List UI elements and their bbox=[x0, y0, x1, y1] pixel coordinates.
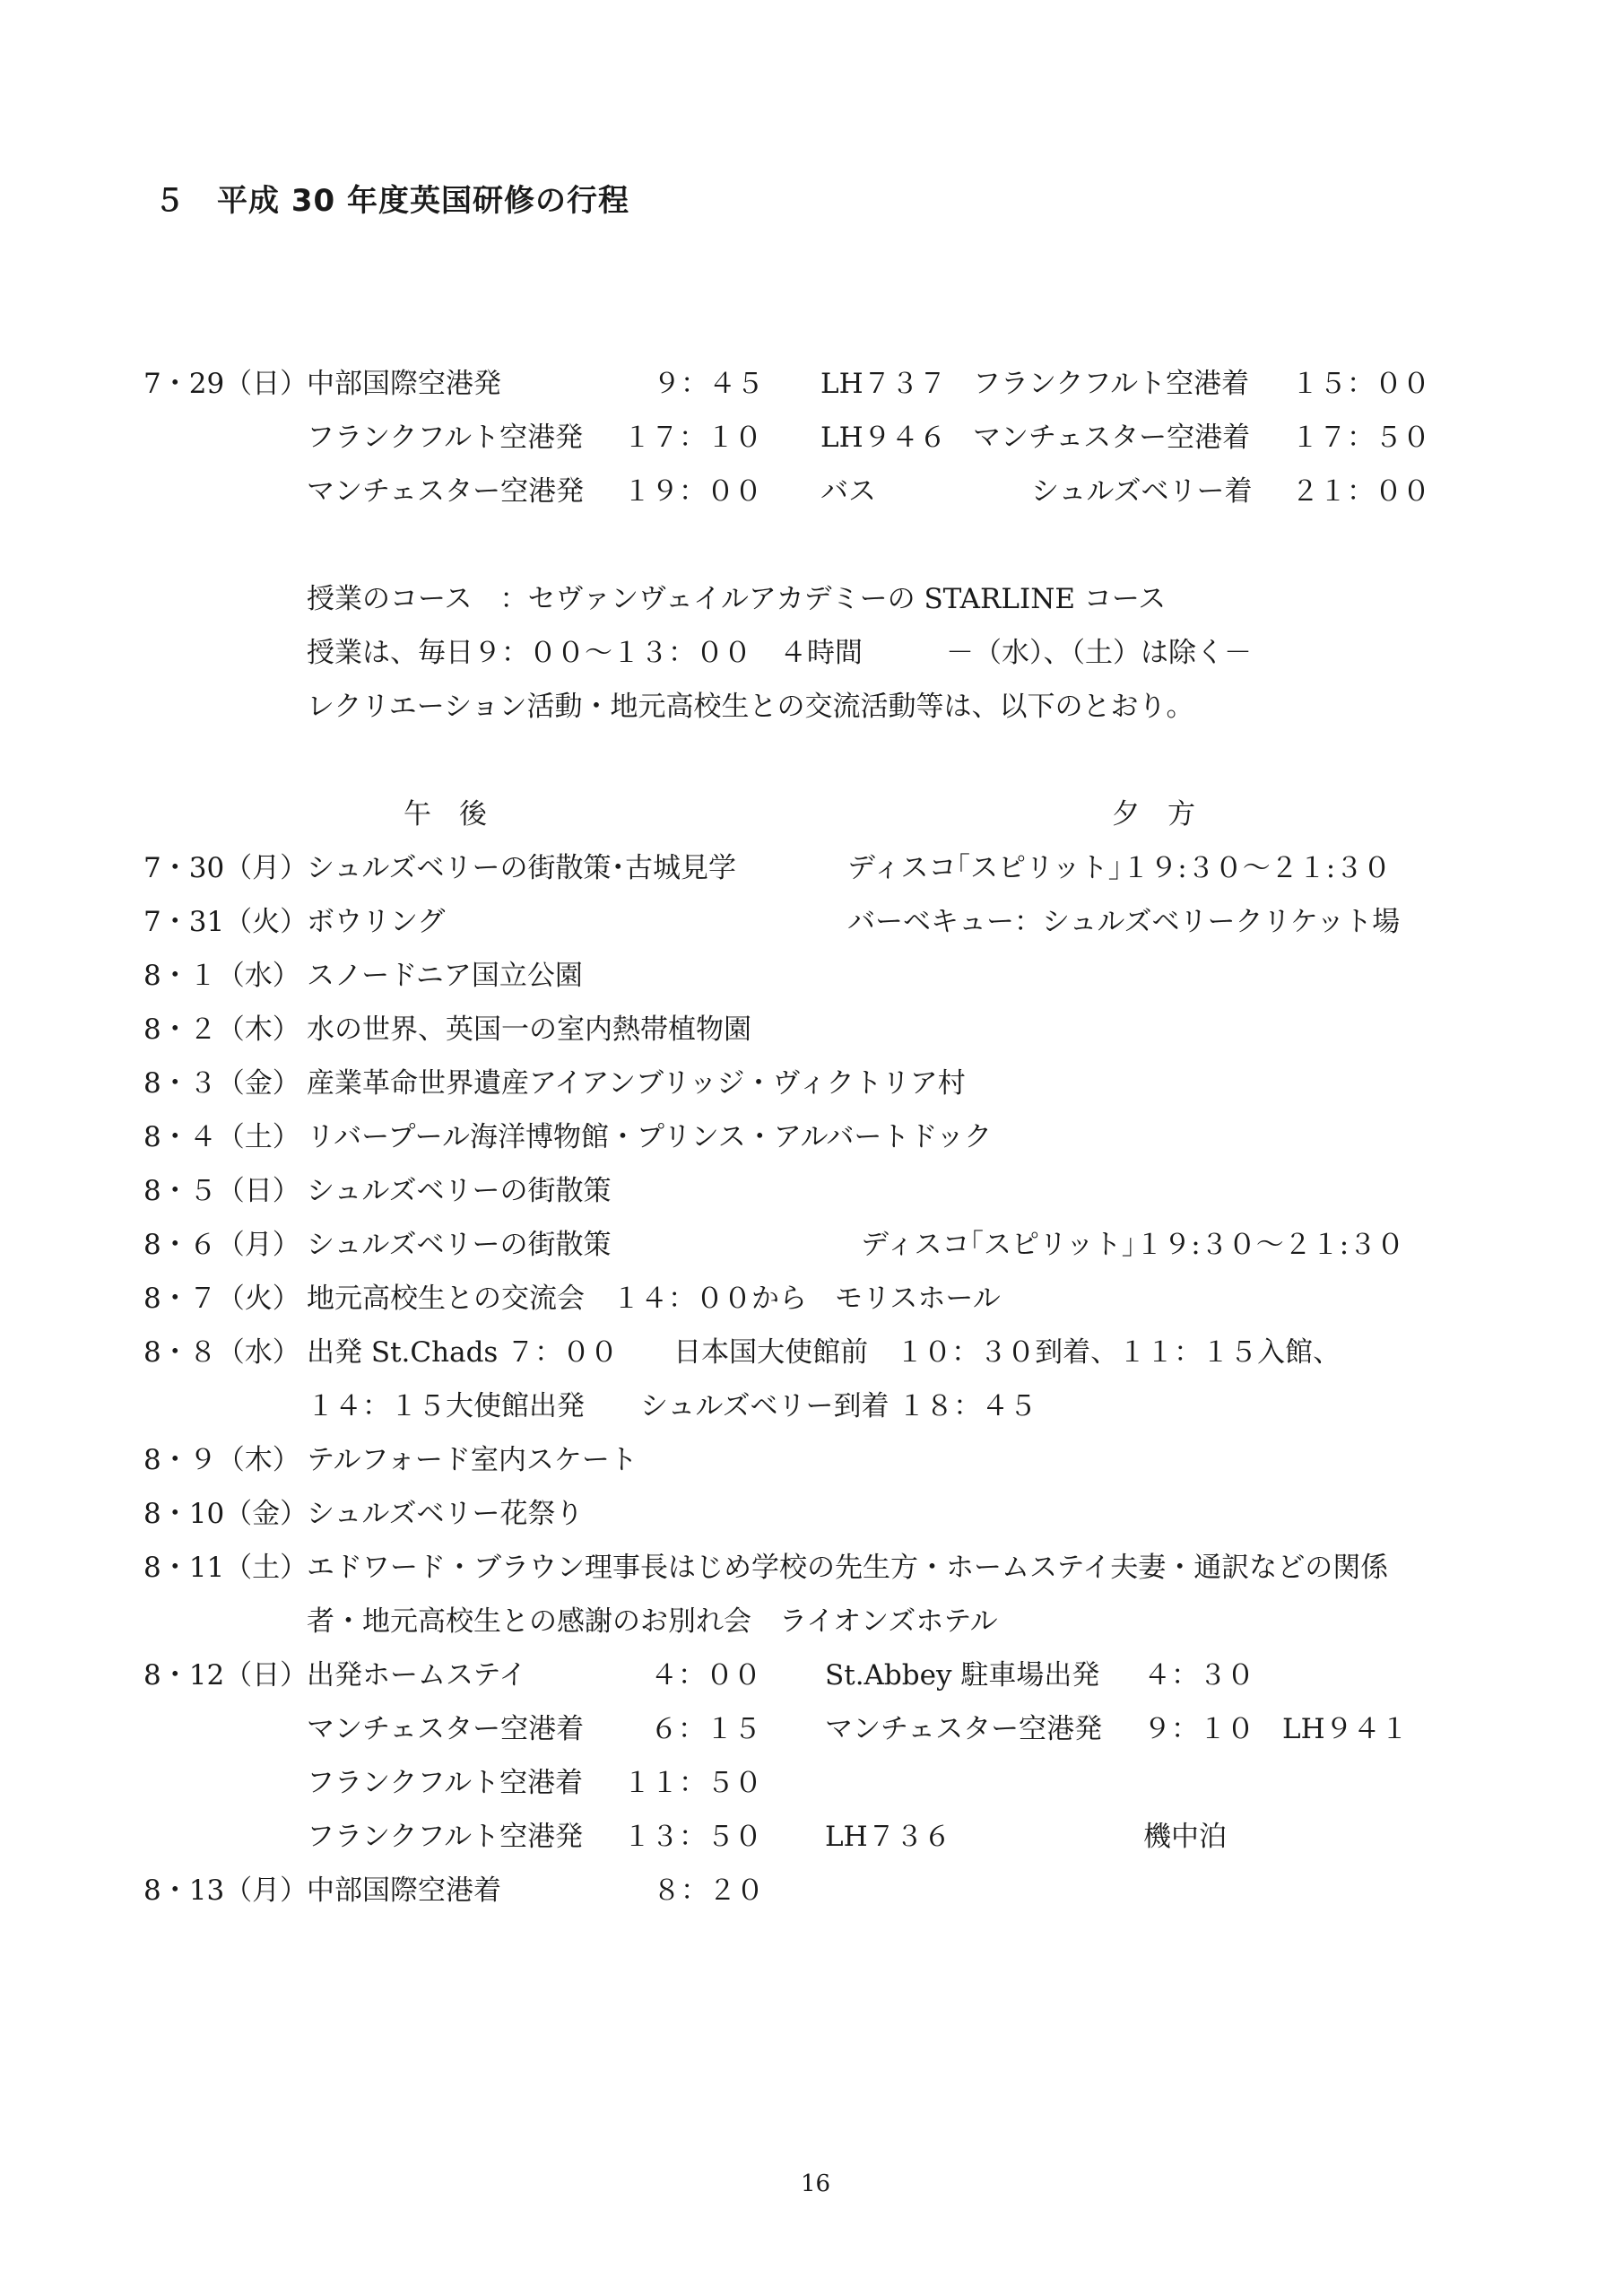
time: ４：３０ bbox=[1143, 1657, 1254, 1693]
place: フランクフルト空港着 bbox=[307, 1765, 583, 1801]
place: マンチェスター空港発 bbox=[307, 474, 584, 509]
evening-activity: バーベキュー：シュルズベリークリケット場 bbox=[847, 904, 1400, 940]
afternoon-activity: シュルズベリーの街散策 bbox=[307, 1173, 611, 1209]
afternoon-activity: テルフォード室内スケート bbox=[307, 1442, 638, 1478]
document-page: ５ 平成 30 年度英国研修の行程 7・29（日） 中部国際空港発 ９：４５ L… bbox=[0, 0, 1623, 2296]
afternoon-activity: リバープール海洋博物館・プリンス・アルバートドック bbox=[307, 1119, 992, 1155]
place: フランクフルト空港発 bbox=[307, 420, 583, 456]
date-label: 8・１（水） bbox=[143, 958, 300, 994]
note: 機中泊 bbox=[1143, 1819, 1227, 1855]
time: １７：１０ bbox=[623, 420, 762, 456]
time: ４：００ bbox=[650, 1657, 761, 1693]
afternoon-activity: シュルズベリー花祭り bbox=[307, 1496, 583, 1532]
afternoon-activity: ボウリング bbox=[307, 904, 445, 940]
afternoon-activity: 産業革命世界遺産アイアンブリッジ・ヴィクトリア村 bbox=[307, 1065, 966, 1101]
date-label: 8・５（日） bbox=[143, 1173, 300, 1209]
page-number: 16 bbox=[801, 2170, 830, 2197]
embassy-line: 出発 St.Chads ７：００ 日本国大使館前 １０：３０到着、１１：１５入館… bbox=[307, 1335, 1341, 1370]
time: ６：１５ bbox=[650, 1711, 761, 1747]
flight: LH７３７ bbox=[820, 366, 947, 402]
section-heading: ５ 平成 30 年度英国研修の行程 bbox=[154, 176, 629, 220]
afternoon-activity: シュルズベリーの街散策 bbox=[307, 1227, 611, 1263]
column-header-afternoon: 午 後 bbox=[404, 796, 487, 832]
flight: LH７３６ bbox=[825, 1819, 951, 1855]
place: マンチェスター空港発 bbox=[825, 1711, 1102, 1747]
time: １３：５０ bbox=[623, 1819, 762, 1855]
course-info-line: 授業は、毎日９：００～１３：００ ４時間 －（水）、（土）は除く－ bbox=[307, 635, 1252, 671]
date-label: 8・７（火） bbox=[143, 1281, 300, 1317]
time: ９：４５ bbox=[653, 366, 764, 402]
date-label: 8・９（木） bbox=[143, 1442, 300, 1478]
transport: バス bbox=[820, 474, 876, 509]
date-label: 8・13（月） bbox=[143, 1873, 308, 1909]
place: 出発ホームステイ bbox=[307, 1657, 526, 1693]
date-label: 8・４（土） bbox=[143, 1119, 300, 1155]
date-label: 8・11（土） bbox=[143, 1550, 308, 1586]
place: 中部国際空港発 bbox=[307, 366, 501, 402]
date-label: 8・10（金） bbox=[143, 1496, 308, 1532]
destination: フランクフルト空港着 bbox=[973, 366, 1249, 402]
time: １５：００ bbox=[1291, 366, 1430, 402]
date-label: 7・31（火） bbox=[143, 904, 308, 940]
time: １１：５０ bbox=[623, 1765, 762, 1801]
course-info-line: 授業のコース ：セヴァンヴェイルアカデミーの STARLINE コース bbox=[307, 581, 1166, 617]
course-info-line: レクリエーション活動・地元高校生との交流活動等は、以下のとおり。 bbox=[307, 689, 1194, 725]
place: フランクフルト空港発 bbox=[307, 1819, 583, 1855]
afternoon-activity: 地元高校生との交流会 １４：００から モリスホール bbox=[307, 1281, 1001, 1317]
date-label: 7・30（月） bbox=[143, 850, 308, 886]
evening-activity: ディスコ｢スピリット｣１９:３０～２１:３０ bbox=[861, 1227, 1404, 1263]
destination: シュルズベリー着 bbox=[1031, 474, 1252, 509]
flight: LH９４６ bbox=[820, 420, 947, 456]
farewell-line: エドワード・ブラウン理事長はじめ学校の先生方・ホームステイ夫妻・通訳などの関係 bbox=[307, 1550, 1388, 1586]
evening-activity: ディスコ｢スピリット｣１９:３０～２１:３０ bbox=[847, 850, 1391, 886]
embassy-line: １４：１５大使館出発 シュルズベリー到着 １８：４５ bbox=[307, 1388, 1037, 1424]
time: １９：００ bbox=[623, 474, 762, 509]
date-label: 8・６（月） bbox=[143, 1227, 300, 1263]
date-label: 8・12（日） bbox=[143, 1657, 308, 1693]
afternoon-activity: シュルズベリーの街散策･古城見学 bbox=[307, 850, 736, 886]
date-label: 8・８（水） bbox=[143, 1335, 300, 1370]
date-label: 8・２（木） bbox=[143, 1012, 300, 1048]
afternoon-activity: スノードニア国立公園 bbox=[307, 958, 583, 994]
flight: LH９４１ bbox=[1282, 1711, 1409, 1747]
destination: マンチェスター空港着 bbox=[973, 420, 1250, 456]
place: 中部国際空港着 bbox=[307, 1873, 501, 1909]
time: ９：１０ bbox=[1143, 1711, 1254, 1747]
afternoon-activity: 水の世界、英国一の室内熱帯植物園 bbox=[307, 1012, 751, 1048]
time: ２１：００ bbox=[1291, 474, 1430, 509]
date-label: 7・29（日） bbox=[143, 366, 308, 402]
place: St.Abbey 駐車場出発 bbox=[825, 1657, 1099, 1693]
column-header-evening: 夕 方 bbox=[1112, 796, 1195, 832]
time: １７：５０ bbox=[1291, 420, 1430, 456]
date-label: 8・３（金） bbox=[143, 1065, 300, 1101]
farewell-line: 者・地元高校生との感謝のお別れ会 ライオンズホテル bbox=[307, 1604, 998, 1639]
time: ８：２０ bbox=[653, 1873, 764, 1909]
place: マンチェスター空港着 bbox=[307, 1711, 584, 1747]
